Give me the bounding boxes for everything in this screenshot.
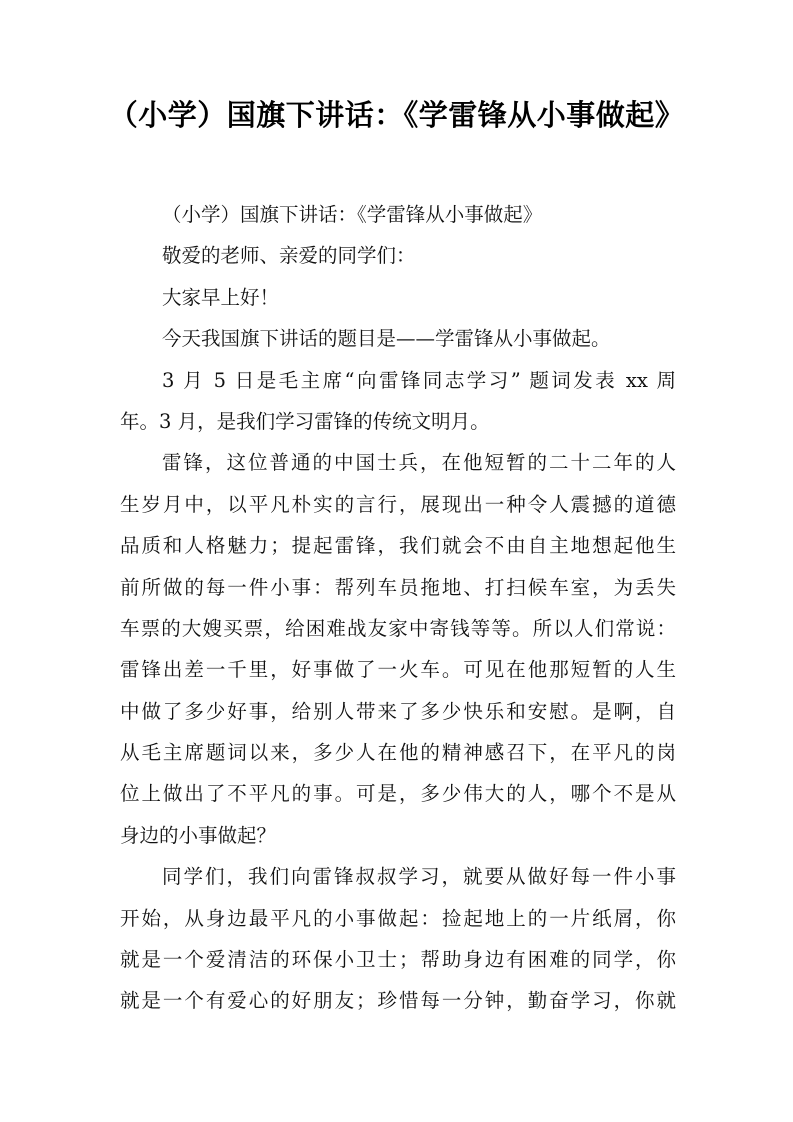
body-line: 前所做的每一件小事：帮列车员拖地、打扫候车室，为丢失	[120, 571, 676, 612]
body-line: 生岁月中，以平凡朴实的言行，展现出一种令人震撼的道德	[120, 488, 676, 529]
body-line: 中做了多少好事，给别人带来了多少快乐和安慰。是啊，自	[120, 695, 676, 736]
body-line: 开始，从身边最平凡的小事做起：捡起地上的一片纸屑，你	[120, 902, 676, 943]
body-line: 雷锋，这位普通的中国士兵，在他短暂的二十二年的人	[120, 446, 676, 487]
body-line: 品质和人格魅力；提起雷锋，我们就会不由自主地想起他生	[120, 529, 676, 570]
body-line: 大家早上好！	[120, 281, 676, 322]
body-line: 车票的大嫂买票，给困难战友家中寄钱等等。所以人们常说：	[120, 612, 676, 653]
document-title: （小学）国旗下讲话：《学雷锋从小事做起》	[0, 95, 793, 135]
body-line: （小学）国旗下讲话：《学雷锋从小事做起》	[120, 198, 676, 239]
body-line: 年。3 月，是我们学习雷锋的传统文明月。	[120, 405, 676, 446]
body-line: 今天我国旗下讲话的题目是——学雷锋从小事做起。	[120, 322, 676, 363]
body-line: 敬爱的老师、亲爱的同学们：	[120, 239, 676, 280]
body-line: 同学们，我们向雷锋叔叔学习，就要从做好每一件小事	[120, 860, 676, 901]
body-line: 位上做出了不平凡的事。可是，多少伟大的人，哪个不是从	[120, 777, 676, 818]
body-line: 就是一个有爱心的好朋友；珍惜每一分钟，勤奋学习，你就	[120, 984, 676, 1025]
body-line: 就是一个爱清洁的环保小卫士；帮助身边有困难的同学，你	[120, 943, 676, 984]
body-line: 身边的小事做起？	[120, 819, 676, 860]
body-line: 从毛主席题词以来，多少人在他的精神感召下，在平凡的岗	[120, 736, 676, 777]
body-line: 3 月 5 日是毛主席“向雷锋同志学习” 题词发表 xx 周	[120, 364, 676, 405]
document-body: （小学）国旗下讲话：《学雷锋从小事做起》 敬爱的老师、亲爱的同学们： 大家早上好…	[120, 198, 676, 1026]
body-line: 雷锋出差一千里，好事做了一火车。可见在他那短暂的人生	[120, 653, 676, 694]
document-page: （小学）国旗下讲话：《学雷锋从小事做起》 （小学）国旗下讲话：《学雷锋从小事做起…	[0, 0, 793, 1122]
